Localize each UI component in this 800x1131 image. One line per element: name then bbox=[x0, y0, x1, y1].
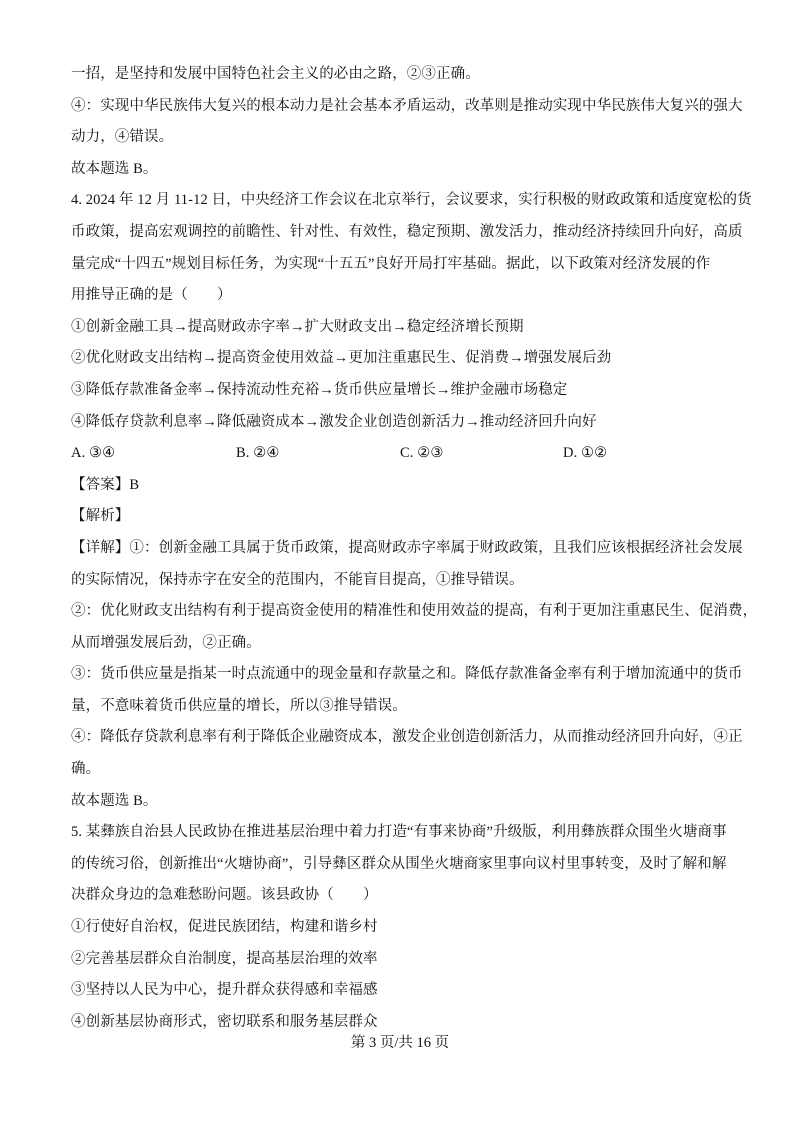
q5-stem-line1: 5. 某彝族自治县人民政协在推进基层治理中着力打造“有事来协商”升级版，利用彝族… bbox=[71, 817, 731, 849]
q4-detail-point3-line1: ③：货币供应量是指某一时点流通中的现金量和存款量之和。降低存款准备金率有利于增加… bbox=[71, 659, 731, 691]
option-item: B. ②④ bbox=[236, 438, 400, 470]
q4-detail-point3-line2: 量，不意味着货币供应量的增长，所以③推导错误。 bbox=[71, 691, 731, 723]
q4-detail-point2-line1: ②：优化财政支出结构有利于提高资金使用的精准性和使用效益的提高，有利于更加注重惠… bbox=[71, 596, 731, 628]
q5-statement-3: ③坚持以人民为中心，提升群众获得感和幸福感 bbox=[71, 975, 731, 1007]
q4-statement-1: ①创新金融工具→提高财政赤字率→扩大财政支出→稳定经济增长预期 bbox=[71, 312, 731, 344]
q4-detail-point4-line2: 确。 bbox=[71, 754, 731, 786]
q4-stem-line1: 4. 2024 年 12 月 11-12 日，中央经济工作会议在北京举行，会议要… bbox=[71, 185, 731, 217]
q4-stem-line4: 用推导正确的是（ ） bbox=[71, 280, 731, 312]
q4-statement-3: ③降低存款准备金率→保持流动性充裕→货币供应量增长→维护金融市场稳定 bbox=[71, 375, 731, 407]
q4-detail-point1-line1: 【详解】①：创新金融工具属于货币政策，提高财政赤字率属于财政政策，且我们应该根据… bbox=[71, 533, 731, 565]
q4-statement-2: ②优化财政支出结构→提高资金使用效益→更加注重惠民生、促消费→增强发展后劲 bbox=[71, 343, 731, 375]
q4-options: A. ③④B. ②④C. ②③D. ①② bbox=[71, 438, 731, 470]
option-item: A. ③④ bbox=[71, 438, 236, 470]
q5-stem-line3: 决群众身边的急难愁盼问题。该县政协（ ） bbox=[71, 880, 731, 912]
q3-conclusion: 故本题选 B。 bbox=[71, 154, 731, 186]
q4-detail-point1-line2: 的实际情况，保持赤字在安全的范围内，不能盲目提高，①推导错误。 bbox=[71, 565, 731, 597]
q3-explanation-line: 一招，是坚持和发展中国特色社会主义的必由之路，②③正确。 bbox=[71, 59, 731, 91]
q3-point4-line2: 动力，④错误。 bbox=[71, 122, 731, 154]
q4-detail-point2-line2: 从而增强发展后劲，②正确。 bbox=[71, 628, 731, 660]
q4-analysis-header: 【解析】 bbox=[71, 501, 731, 533]
q5-statement-1: ①行使好自治权，促进民族团结，构建和谐乡村 bbox=[71, 912, 731, 944]
q5-stem-line2: 的传统习俗，创新推出“火塘协商”，引导彝区群众从围坐火塘商家里事向议村里事转变，… bbox=[71, 849, 731, 881]
q4-stem-line2: 币政策，提高宏观调控的前瞻性、针对性、有效性，稳定预期、激发活力，推动经济持续回… bbox=[71, 217, 731, 249]
q4-detail-point4-line1: ④：降低存贷款利息率有利于降低企业融资成本，激发企业创造创新活力，从而推动经济回… bbox=[71, 722, 731, 754]
document-body: 一招，是坚持和发展中国特色社会主义的必由之路，②③正确。④：实现中华民族伟大复兴… bbox=[71, 59, 731, 1038]
q3-point4-line1: ④：实现中华民族伟大复兴的根本动力是社会基本矛盾运动，改革则是推动实现中华民族伟… bbox=[71, 91, 731, 123]
q4-statement-4: ④降低存贷款利息率→降低融资成本→激发企业创造创新活力→推动经济回升向好 bbox=[71, 407, 731, 439]
exam-paper-page: 一招，是坚持和发展中国特色社会主义的必由之路，②③正确。④：实现中华民族伟大复兴… bbox=[0, 0, 800, 1131]
q5-statement-2: ②完善基层群众自治制度，提高基层治理的效率 bbox=[71, 944, 731, 976]
q4-conclusion: 故本题选 B。 bbox=[71, 786, 731, 818]
option-item: C. ②③ bbox=[400, 438, 563, 470]
footer-page-number: 第 3 页/共 16 页 bbox=[0, 1028, 800, 1060]
q4-stem-line3: 量完成“十四五”规划目标任务，为实现“十五五”良好开局打牢基础。据此，以下政策对… bbox=[71, 249, 731, 281]
option-item: D. ①② bbox=[563, 438, 731, 470]
q4-answer: 【答案】B bbox=[71, 470, 731, 502]
